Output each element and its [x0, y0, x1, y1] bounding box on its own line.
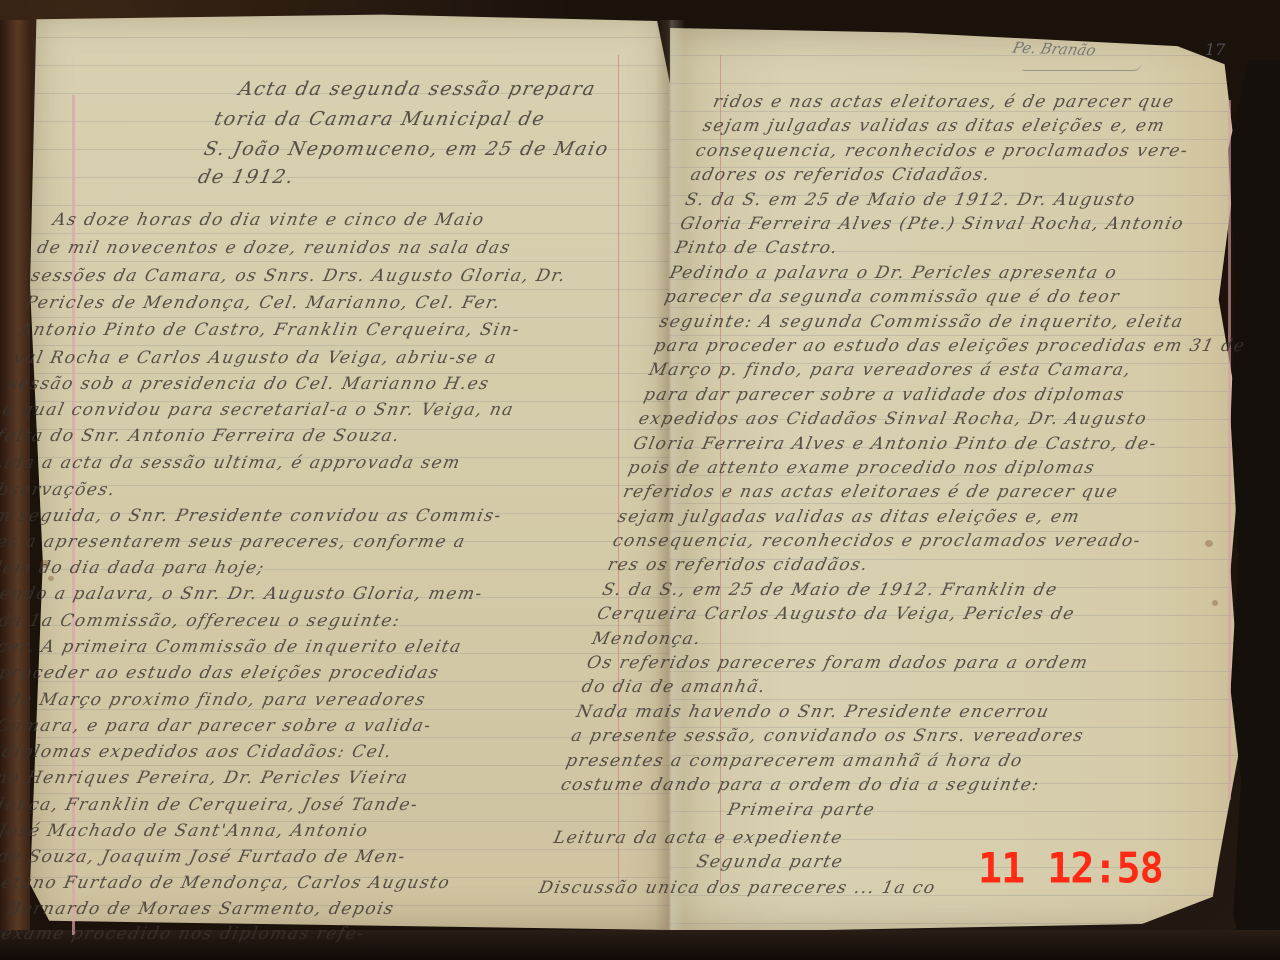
text-line: consequencia, reconhecidos e proclamados…: [611, 531, 1143, 551]
text-line: expedidos aos Cidadãos Sinval Rocha, Dr.…: [637, 409, 1149, 429]
text-line: Gloria Ferreira Alves e Antonio Pinto de…: [631, 434, 1158, 454]
right-page-outer-margin-rule: [1228, 100, 1231, 800]
text-line: Marianno Henriques Pereira, Dr. Pericles…: [0, 768, 410, 788]
text-line: res os referidos cidadãos.: [606, 555, 871, 575]
text-line: Parecer. A primeira Commissão de inqueri…: [0, 637, 464, 657]
agenda-heading-first-part: Primeira parte: [726, 800, 878, 820]
text-line: falta do Snr. Antonio Ferreira de Souza.: [0, 426, 402, 446]
page-number: 17: [1205, 40, 1225, 59]
agenda-item-reading: Leitura da acta e expediente: [552, 828, 845, 848]
text-line: costume dando para a ordem do dia a segu…: [559, 775, 1042, 795]
text-line: da Veiga e Bernardo de Moraes Sarmento, …: [0, 899, 396, 919]
camera-timestamp: 11 12:58: [978, 845, 1163, 893]
signature-note: Pe. Branão: [1011, 39, 1098, 60]
text-line: Ferreira de Souza, Joaquim José Furtado …: [0, 847, 408, 867]
text-line: Março p. findo, para vereadores á esta C…: [647, 360, 1133, 380]
title-line: de 1912.: [196, 166, 297, 188]
text-line: de dos diplomas expedidos aos Cidadãos: …: [0, 742, 394, 762]
text-line: o qual convidou para secretarial-a o Snr…: [1, 400, 516, 420]
right-page: [670, 28, 1260, 933]
text-line: Pedindo a palavra o Dr. Pericles apresen…: [668, 263, 1120, 283]
text-line: sejam julgadas validas as ditas eleições…: [616, 507, 1082, 527]
text-line: Gloria Ferreira Alves (Pte.) Sinval Roch…: [678, 214, 1186, 234]
text-line: S. da S., em 25 de Maio de 1912. Frankli…: [600, 580, 1059, 600]
text-line: ordem do dia dada para hoje;: [0, 558, 267, 578]
text-line: presentes a comparecerem amanhã á hora d…: [564, 751, 1025, 771]
text-line: para proceder ao estudo das eleições pro…: [652, 336, 1247, 356]
signature-underline: [1022, 62, 1142, 71]
title-line: S. João Nepomuceno, em 25 de Maio: [202, 138, 611, 160]
text-line: Nada mais havendo o Snr. Presidente ence…: [575, 702, 1052, 722]
text-line: desta Camara, e para dar parecer sobre a…: [0, 716, 434, 736]
text-line: Os referidos pareceres foram dados para …: [585, 653, 1091, 673]
title-line: toria da Camara Municipal de: [212, 108, 547, 130]
text-line: sões a apresentarem seus pareceres, conf…: [0, 532, 468, 552]
text-line: referidos e nas actas eleitoraes é de pa…: [621, 482, 1120, 502]
text-line: Mendonça.: [590, 629, 703, 649]
text-line: de mil novecentos e doze, reunidos na sa…: [35, 238, 513, 258]
text-line: Lida a acta da sessão ultima, é approvad…: [0, 453, 463, 473]
text-line: Antonio Pinto de Castro, Franklin Cerque…: [18, 320, 522, 340]
text-line: S. da S. em 25 de Maio de 1912. Dr. Augu…: [683, 190, 1137, 210]
text-line: donça, Caetano Furtado de Mendonça, Carl…: [0, 873, 452, 893]
text-line: sejam julgadas validas as ditas eleições…: [701, 116, 1167, 136]
agenda-heading-second-part: Segunda parte: [695, 852, 846, 872]
text-line: ridos e nas actas eleitoraes, é de parec…: [711, 92, 1176, 112]
text-line: de Mendonça, Franklin de Cerqueira, José…: [0, 795, 420, 815]
text-line: val Rocha e Carlos Augusto da Veiga, abr…: [12, 348, 499, 368]
text-line: As doze horas do dia vinte e cinco de Ma…: [51, 210, 487, 230]
text-line: consequencia, reconhecidos e proclamados…: [694, 141, 1190, 161]
text-line: sessões da Camara, os Snrs. Drs. Augusto…: [29, 266, 568, 286]
text-line: bro da 1a Commissão, offereceu o seguint…: [0, 611, 402, 631]
ink-stain: [1205, 540, 1213, 547]
text-line: de attento exame procedido nos diplomas …: [0, 924, 367, 944]
text-line: do dia de amanhã.: [580, 677, 768, 697]
text-line: em 31 de Março proximo findo, para verea…: [0, 690, 428, 710]
text-line: parecer da segunda commissão que é do te…: [663, 287, 1122, 307]
text-line: pois de attento exame procedido nos dipl…: [626, 458, 1097, 478]
text-line: para proceder ao estudo das eleições pro…: [0, 663, 441, 683]
text-line: Cerqueira Carlos Augusto da Veiga, Peric…: [595, 604, 1077, 624]
ink-stain: [1212, 600, 1218, 606]
text-line: ry Dias, José Machado de Sant'Anna, Anto…: [0, 821, 370, 841]
agenda-item-discussion: Discussão unica dos pareceres ... 1a co: [537, 878, 938, 898]
title-line: Acta da segunda sessão prepara: [237, 78, 598, 100]
text-line: sessão sob a presidencia do Cel. Mariann…: [6, 374, 491, 394]
text-line: a presente sessão, convidando os Snrs. v…: [569, 726, 1086, 746]
text-line: Pericles de Mendonça, Cel. Marianno, Cel…: [23, 293, 502, 313]
text-line: seguinte: A segunda Commissão de inqueri…: [657, 312, 1185, 332]
text-line: Pinto de Castro.: [673, 238, 840, 258]
text-line: adores os referidos Cidadãos.: [689, 165, 993, 185]
text-line: Obtendo a palavra, o Snr. Dr. Augusto Gl…: [0, 584, 485, 604]
text-line: observações.: [0, 480, 118, 500]
text-line: Em seguida, o Snr. Presidente convidou a…: [0, 506, 504, 526]
text-line: para dar parecer sobre a validade dos di…: [642, 385, 1127, 405]
